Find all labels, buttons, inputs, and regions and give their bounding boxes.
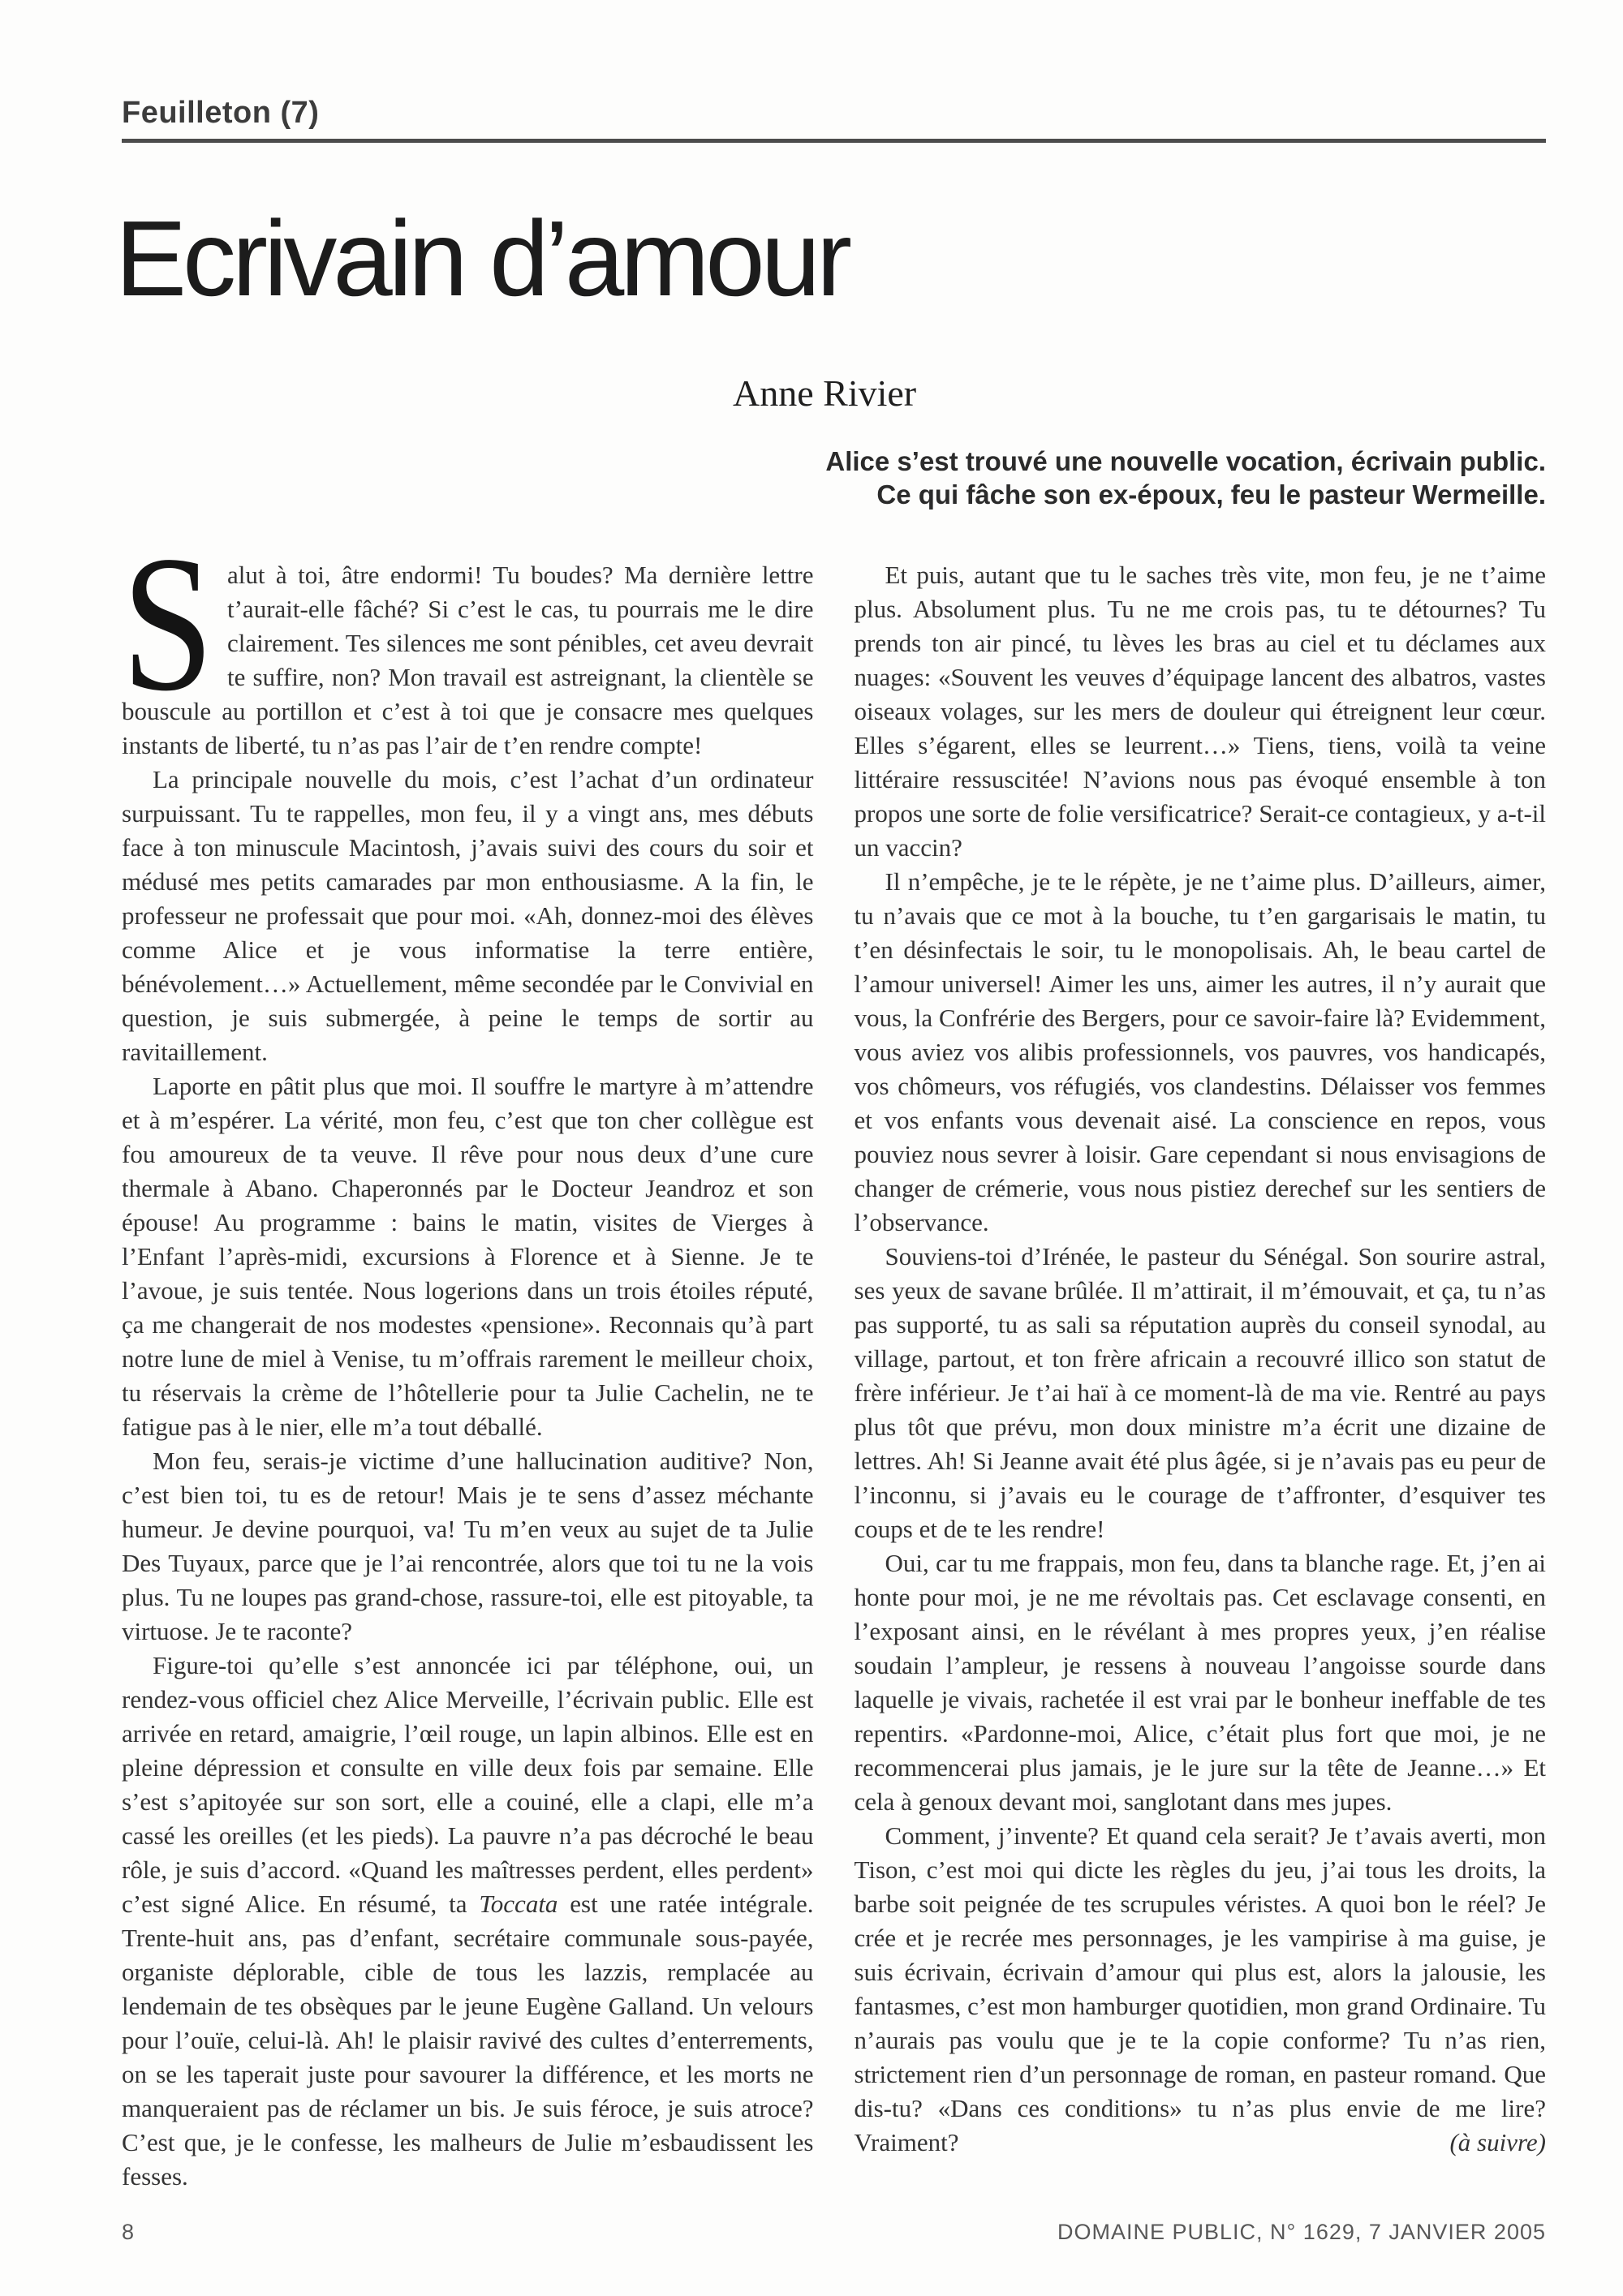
paragraph: Oui, car tu me frappais, mon feu, dans t…: [855, 1546, 1547, 1819]
section-header-rule: Feuilleton (7): [122, 96, 1546, 143]
paragraph: Figure-toi qu’elle s’est annoncée ici pa…: [122, 1649, 814, 2194]
magazine-page: Feuilleton (7) Ecrivain d’amour Anne Riv…: [0, 0, 1623, 2296]
drop-cap: S: [122, 558, 202, 688]
continuation-text: (à suivre): [1449, 2128, 1546, 2156]
paragraph: Laporte en pâtit plus que moi. Il souffr…: [122, 1069, 814, 1444]
left-column: Salut à toi, âtre endormi! Tu boudes? Ma…: [122, 558, 814, 2194]
right-column: Et puis, autant que tu le saches très vi…: [855, 558, 1547, 2194]
paragraph: Souviens-toi d’Irénée, le pasteur du Sén…: [855, 1240, 1547, 1546]
paragraph: Salut à toi, âtre endormi! Tu boudes? Ma…: [122, 558, 814, 763]
journal-reference: DOMAINE PUBLIC, N° 1629, 7 JANVIER 2005: [1057, 2220, 1546, 2245]
article-lede: Alice s’est trouvé une nouvelle vocation…: [825, 445, 1546, 511]
work-title-italic: Toccata: [479, 1890, 558, 1918]
lede-line-2: Ce qui fâche son ex-époux, feu le pasteu…: [825, 478, 1546, 511]
section-kicker: Feuilleton (7): [122, 96, 319, 130]
lede-line-1: Alice s’est trouvé une nouvelle vocation…: [825, 445, 1546, 478]
paragraph-text: Figure-toi qu’elle s’est annoncée ici pa…: [122, 1651, 814, 1918]
article-body: Salut à toi, âtre endormi! Tu boudes? Ma…: [122, 558, 1546, 2194]
author-name: Anne Rivier: [733, 372, 916, 415]
paragraph-text: est une ratée intégrale. Trente-huit ans…: [122, 1890, 814, 2191]
paragraph: Il n’empêche, je te le répète, je ne t’a…: [855, 865, 1547, 1240]
paragraph: Comment, j’invente? Et quand cela serait…: [855, 1819, 1547, 2160]
paragraph: Mon feu, serais-je victime d’une halluci…: [122, 1444, 814, 1649]
paragraph: La principale nouvelle du mois, c’est l’…: [122, 763, 814, 1069]
page-number: 8: [122, 2220, 135, 2245]
paragraph: Et puis, autant que tu le saches très vi…: [855, 558, 1547, 865]
article-title: Ecrivain d’amour: [115, 203, 848, 316]
paragraph-text: alut à toi, âtre endormi! Tu boudes? Ma …: [122, 561, 814, 759]
page-footer: 8 DOMAINE PUBLIC, N° 1629, 7 JANVIER 200…: [122, 2220, 1546, 2245]
